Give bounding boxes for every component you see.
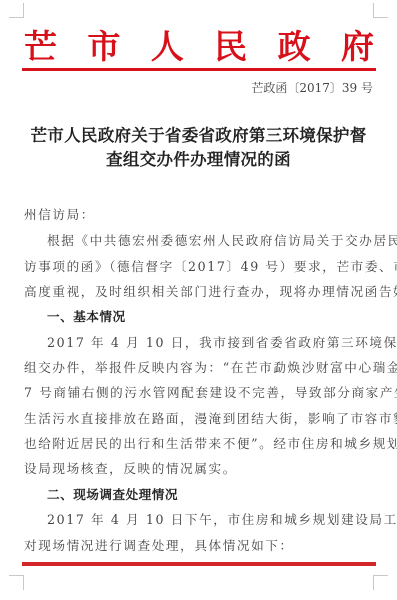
masthead-char: 府 bbox=[341, 21, 374, 68]
paragraph-line: 设局现场核查，反映的情况属实。 bbox=[24, 458, 376, 477]
section-heading-basic-situation: 一、基本情况 bbox=[47, 306, 376, 325]
masthead-char: 市 bbox=[87, 21, 120, 68]
masthead-char: 政 bbox=[278, 21, 311, 68]
masthead: 芒 市 人 民 政 府 bbox=[24, 24, 374, 64]
masthead-char: 民 bbox=[214, 21, 247, 68]
document-number: 芒政函〔2017〕39 号 bbox=[251, 79, 373, 96]
paragraph-line: 也给附近居民的出行和生活带来不便”。经市住房和城乡规划建 bbox=[24, 433, 376, 452]
paragraph-line: 高度重视，及时组织相关部门进行查办，现将办理情况函告如下： bbox=[24, 281, 376, 300]
paragraph-line: 根据《中共德宏州委德宏州人民政府信访局关于交办居民信 bbox=[47, 230, 376, 249]
paragraph-line: 组交办件，举报件反映内容为：“在芒市勐焕沙财富中心瑞金街 bbox=[24, 357, 376, 376]
addressee: 州信访局： bbox=[24, 204, 376, 223]
page-corner-mark-top-left bbox=[9, 3, 24, 18]
page-corner-mark-top-right bbox=[373, 3, 388, 18]
paragraph-line: 2017 年 4 月 10 日下午，市住房和城乡规划建设局工作人员 bbox=[47, 509, 376, 528]
page-corner-mark-bottom-left bbox=[9, 575, 24, 590]
document-title-line-2: 查组交办件办理情况的函 bbox=[14, 146, 383, 170]
section-heading-investigation: 二、现场调查处理情况 bbox=[47, 484, 376, 503]
document-title-line-1: 芒市人民政府关于省委省政府第三环境保护督 bbox=[14, 122, 383, 146]
page-corner-mark-bottom-right bbox=[373, 575, 388, 590]
masthead-char: 芒 bbox=[24, 21, 57, 68]
masthead-char: 人 bbox=[151, 21, 184, 68]
paragraph-line: 7 号商铺右侧的污水管网配套建设不完善，导致部分商家产生的 bbox=[24, 382, 376, 401]
footer-red-rule bbox=[22, 562, 376, 566]
paragraph-line: 对现场情况进行调查处理，具体情况如下： bbox=[24, 535, 376, 554]
paragraph-line: 2017 年 4 月 10 日，我市接到省委省政府第三环境保护督察 bbox=[47, 332, 376, 351]
paragraph-line: 生活污水直接排放在路面，漫淹到团结大街，影响了市容市貌， bbox=[24, 408, 376, 427]
paragraph-line: 访事项的函》（德信督字〔2017〕49 号）要求，芒市委、市政府 bbox=[24, 256, 376, 275]
masthead-red-rule bbox=[22, 68, 376, 71]
